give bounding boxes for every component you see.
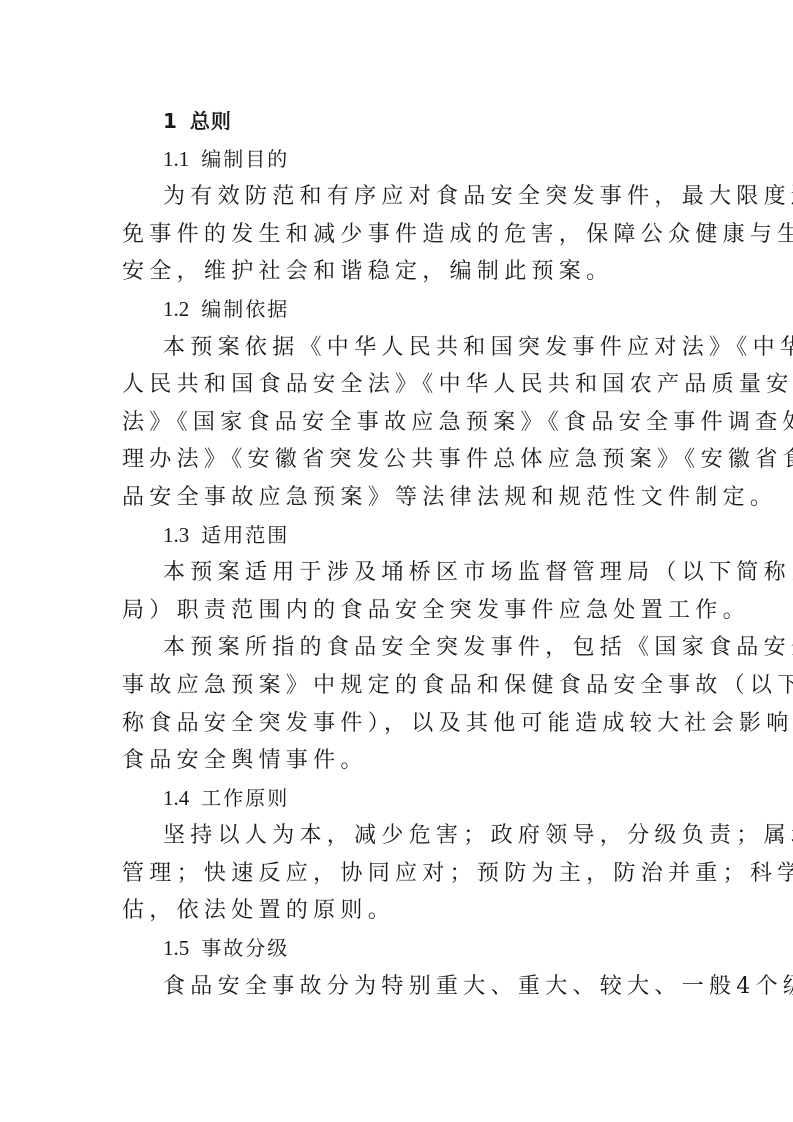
section-heading-1-3: 1.3适用范围 — [122, 517, 674, 555]
document-page: 1总则 1.1编制目的 为有效防范和有序应对食品安全突发事件，最大限度避 免事件… — [122, 103, 674, 1005]
paragraph-line: 理办法》《安徽省突发公共事件总体应急预案》《安徽省食 — [122, 441, 674, 479]
paragraph-line: 安全，维护社会和谐稳定，编制此预案。 — [122, 253, 674, 291]
section-heading-1-5: 1.5事故分级 — [122, 930, 674, 968]
paragraph-line: 食品安全舆情事件。 — [122, 742, 674, 780]
section-title: 总则 — [190, 109, 232, 133]
section-heading-1: 1总则 — [122, 103, 674, 141]
section-number: 1.5 — [163, 936, 189, 960]
section-heading-1-4: 1.4工作原则 — [122, 780, 674, 818]
paragraph-line: 食品安全事故分为特别重大、重大、较大、一般4个级 — [122, 968, 674, 1006]
paragraph-line: 事故应急预案》中规定的食品和保健食品安全事故（以下统 — [122, 667, 674, 705]
paragraph-line: 法》《国家食品安全事故应急预案》《食品安全事件调查处 — [122, 404, 674, 442]
section-title: 编制依据 — [201, 297, 289, 321]
paragraph-line: 称食品安全突发事件），以及其他可能造成较大社会影响的 — [122, 705, 674, 743]
paragraph-line: 坚持以人为本，减少危害；政府领导，分级负责；属地 — [122, 817, 674, 855]
section-title: 工作原则 — [201, 786, 289, 810]
paragraph-line: 品安全事故应急预案》等法律法规和规范性文件制定。 — [122, 479, 674, 517]
section-number: 1.1 — [163, 147, 189, 171]
section-heading-1-2: 1.2编制依据 — [122, 291, 674, 329]
paragraph-line: 管理；快速反应，协同应对；预防为主，防治并重；科学评 — [122, 855, 674, 893]
section-heading-1-1: 1.1编制目的 — [122, 141, 674, 179]
section-title: 事故分级 — [201, 936, 289, 960]
section-number: 1.4 — [163, 786, 189, 810]
section-number: 1 — [163, 109, 178, 133]
section-title: 适用范围 — [201, 523, 289, 547]
paragraph-line: 本预案依据《中华人民共和国突发事件应对法》《中华 — [122, 329, 674, 367]
paragraph-line: 为有效防范和有序应对食品安全突发事件，最大限度避 — [122, 178, 674, 216]
section-number: 1.3 — [163, 523, 189, 547]
paragraph-line: 本预案所指的食品安全突发事件，包括《国家食品安全 — [122, 629, 674, 667]
paragraph-line: 局）职责范围内的食品安全突发事件应急处置工作。 — [122, 592, 674, 630]
section-title: 编制目的 — [201, 147, 289, 171]
paragraph-line: 人民共和国食品安全法》《中华人民共和国农产品质量安全 — [122, 366, 674, 404]
paragraph-line: 免事件的发生和减少事件造成的危害，保障公众健康与生命 — [122, 216, 674, 254]
paragraph-line: 本预案适用于涉及埇桥区市场监督管理局（以下简称区 — [122, 554, 674, 592]
paragraph-line: 估，依法处置的原则。 — [122, 892, 674, 930]
section-number: 1.2 — [163, 297, 189, 321]
